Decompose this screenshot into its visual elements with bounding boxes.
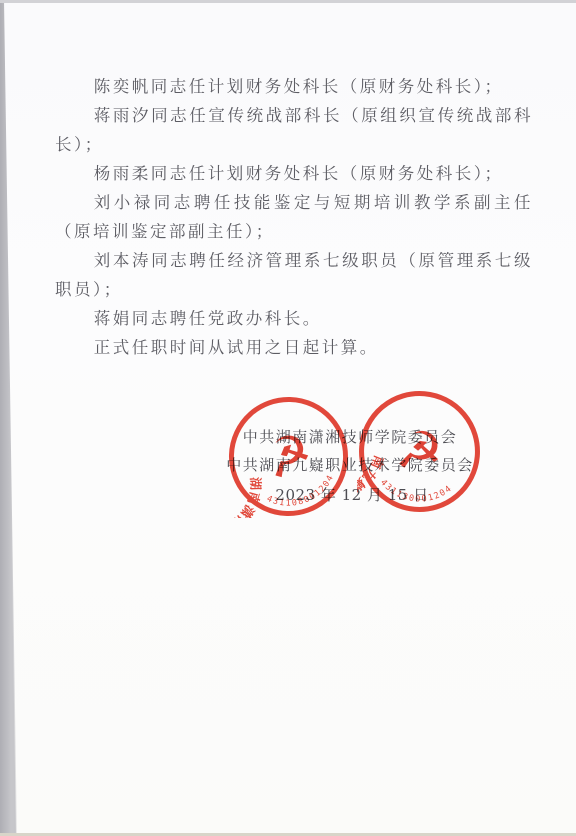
- paragraph-effective-date-note: 正式任职时间从试用之日起计算。: [55, 333, 533, 362]
- paragraph-appointment-5: 刘本涛同志聘任经济管理系七级职员（原管理系七级职员）；: [55, 246, 533, 304]
- hammer-sickle-icon: ☭: [257, 420, 321, 492]
- official-seal-right: 中共湖南九嶷职业技术学院委员会 ☭ 431130001204: [357, 389, 482, 514]
- paragraph-appointment-3: 杨雨柔同志任计划财务处科长（原财务处科长）；: [55, 159, 533, 188]
- document-body: 陈奕帆同志任计划财务处科长（原财务处科长）； 蒋雨汐同志任宣传统战部科长（原组织…: [55, 72, 533, 362]
- scan-edge-top: [0, 0, 576, 3]
- paragraph-appointment-6: 蒋娟同志聘任党政办科长。: [55, 304, 533, 333]
- official-seal-left: 中共湖南潇湘技师学院委员会 ☭ 431108001204: [227, 395, 350, 518]
- paragraph-appointment-4: 刘小禄同志聘任技能鉴定与短期培训教学系副主任（原培训鉴定部副主任）；: [55, 188, 533, 246]
- paragraph-appointment-2: 蒋雨汐同志任宣传统战部科长（原组织宣传统战部科长）；: [55, 101, 533, 159]
- hammer-sickle-icon: ☭: [393, 419, 445, 484]
- paragraph-appointment-1: 陈奕帆同志任计划财务处科长（原财务处科长）；: [55, 72, 533, 101]
